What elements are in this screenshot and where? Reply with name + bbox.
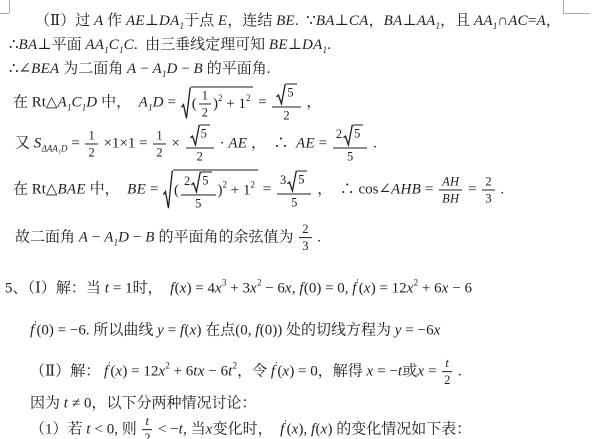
math-variable: A (139, 94, 148, 110)
text-line-3: ∴∠BEA 为二面角 A − A1D − B 的平面角. (9, 60, 271, 80)
square-root: (255)2 + 12 (163, 169, 258, 210)
fraction-numerator: 1 (153, 128, 165, 144)
fraction: 355 (277, 170, 312, 209)
math-variable: A (536, 13, 545, 29)
text-run: 2 (202, 106, 208, 120)
math-variable: x (206, 421, 213, 437)
fraction: 23 (299, 222, 311, 254)
text-run: ) 在点(0, (196, 323, 255, 339)
text-run: 的平面角的余弦值为 (155, 229, 298, 245)
text-run: 1 (202, 88, 208, 102)
text-run: ( (174, 182, 179, 198)
fraction-denominator: 2 (186, 148, 214, 163)
text-run: 或 (402, 363, 417, 379)
math-variable: x (285, 281, 292, 297)
text-run: = (254, 94, 270, 110)
crop-mark-top-left-horizontal (0, 13, 9, 14)
text-line-1: （Ⅱ）过 A 作 AE⊥DA1于点 E，连结 BE. ∵BA⊥CA，BA⊥AA1… (35, 12, 561, 32)
fraction: AHBH (439, 174, 462, 206)
text-run: 作 (103, 13, 126, 29)
text-run: = 1时， (109, 281, 170, 297)
radicand: (12)2 + 12 (191, 86, 254, 120)
text-run: 在 Rt△ (13, 94, 57, 110)
math-variable: DA (302, 37, 323, 53)
text-run: = (146, 181, 162, 197)
text-run: 2 (184, 174, 190, 188)
text-run: 5、（Ⅰ）解：当 (5, 281, 105, 297)
text-run: ，且 (440, 13, 474, 29)
crop-mark-top-right-vertical (563, 0, 564, 13)
document-page: （Ⅱ）过 A 作 AE⊥DA1于点 E，连结 BE. ∵BA⊥CA，BA⊥AA1… (0, 0, 606, 439)
text-line-7: 故二面角 A − A1D − B 的平面角的余弦值为 23 . (15, 222, 321, 254)
text-run: ) = 0，解得 (289, 363, 366, 379)
text-run: 2 (336, 127, 342, 141)
text-run: 2 (144, 432, 150, 439)
text-run: ∴ (9, 37, 19, 53)
text-line-6: 在 Rt△BAE 中， BE = (255)2 + 12 = 355 ， ∴ c… (13, 169, 504, 210)
math-variable: BA (384, 13, 403, 29)
text-run: 5 (347, 149, 353, 163)
text-run: 5 (287, 85, 293, 99)
text-run: ( (192, 95, 197, 111)
math-variable: x (250, 281, 257, 297)
text-run: 中， (97, 94, 138, 110)
fraction-denominator: 3 (299, 239, 311, 254)
text-run: . 由三垂线定理可知 (134, 37, 269, 53)
text-run: + 1 (222, 95, 245, 111)
math-variable: D (118, 229, 129, 245)
math-variable: BA (19, 37, 38, 53)
math-variable: AHB (391, 181, 421, 197)
text-run: ，令 (237, 363, 271, 379)
text-run: + 1 (227, 182, 250, 198)
math-variable: x (434, 323, 441, 339)
text-run: 5 (202, 173, 208, 187)
text-run: 的平面角. (203, 61, 271, 77)
fraction: 12 (85, 128, 97, 160)
text-run: 又 (15, 135, 34, 151)
fraction-numerator: t (142, 414, 152, 430)
fraction-numerator: 5 (272, 83, 300, 107)
text-run: − 6 (449, 281, 472, 297)
text-run: = − (374, 363, 398, 379)
fraction-denominator: 2 (85, 145, 97, 160)
math-variable: BE (269, 37, 288, 53)
text-run: 5 (195, 196, 201, 210)
radical-sign-icon (191, 171, 201, 193)
math-variable: x (180, 281, 187, 297)
radicand: (255)2 + 12 (173, 169, 258, 210)
math-variable: AA (85, 37, 104, 53)
text-run: ), (299, 421, 312, 437)
math-variable: AE (228, 135, 247, 151)
text-run: ⊥ (335, 13, 349, 29)
text-run: 在 Rt△ (13, 181, 57, 197)
text-run: < 0, 则 (91, 421, 141, 437)
math-variable: AA (417, 13, 436, 29)
math-variable: S (34, 135, 42, 151)
text-run: 3 (280, 173, 286, 187)
math-variable: t (145, 414, 149, 428)
math-variable: A (94, 13, 103, 29)
fraction-numerator: 5 (186, 124, 214, 148)
math-variable: A (104, 229, 113, 245)
text-run: 3 (485, 192, 491, 206)
fraction: 52 (186, 124, 214, 163)
text-line-5: 又 SΔAA₁D = 12 ×1×1 = 12 × 52 · AE ， ∴ AE… (15, 124, 377, 163)
text-run: 因为 (30, 396, 64, 412)
square-root: 5 (191, 171, 211, 193)
radicand: 5 (201, 171, 211, 193)
fraction-numerator: 1 (85, 128, 97, 144)
radicand: 5 (297, 170, 307, 192)
math-variable: t (445, 356, 449, 370)
subscript: ΔAA₁D (42, 143, 68, 153)
math-variable: AC (508, 13, 528, 29)
text-run: . (497, 181, 505, 197)
text-line-2: ∴BA⊥平面 AA1C1C. 由三垂线定理可知 BE⊥DA1. (9, 36, 331, 56)
text-run: ) = 12 (371, 281, 407, 297)
text-run: 2 (156, 146, 162, 160)
text-run: < − (154, 421, 178, 437)
square-root: (12)2 + 12 (181, 86, 254, 120)
text-run: = (67, 135, 83, 151)
text-run: 2 (197, 149, 203, 163)
math-variable: B (194, 61, 203, 77)
text-run: − (178, 61, 194, 77)
text-run: = −6 (402, 323, 434, 339)
text-run: + 6 (170, 363, 193, 379)
math-variable: BE (127, 181, 146, 197)
text-line-11: 因为 t ≠ 0，以下分两种情况讨论： (30, 395, 256, 414)
text-run: = (259, 181, 275, 197)
math-variable: tx (193, 363, 204, 379)
text-run: ， ∴ cos∠ (313, 181, 391, 197)
superscript: 2 (246, 92, 251, 102)
fraction-numerator: 35 (277, 170, 312, 194)
fraction: 12 (153, 128, 165, 160)
text-run: ， (546, 13, 561, 29)
text-run: 5 (201, 126, 207, 140)
math-variable: x (292, 421, 299, 437)
fraction-numerator: 2 (299, 222, 311, 238)
fraction-denominator: 5 (333, 148, 368, 163)
text-line-10: （Ⅱ）解： f′(x) = 12x2 + 6tx − 6t2，令 f′(x) =… (30, 356, 462, 388)
text-run: 2 (283, 108, 289, 122)
text-run: ∩ (497, 13, 508, 29)
math-variable: CA (349, 13, 369, 29)
math-variable: D (166, 61, 177, 77)
square-root: 5 (287, 170, 307, 192)
text-run: ×1×1 = (100, 135, 152, 151)
text-run: ⊥平面 (37, 37, 85, 53)
text-run: = (424, 363, 440, 379)
fraction: 255 (181, 171, 216, 210)
radical-sign-icon (163, 169, 173, 210)
fraction-numerator: 25 (333, 124, 368, 148)
math-variable: DA (159, 13, 180, 29)
text-run: ， ∴ (247, 135, 296, 151)
math-variable: BEA (31, 61, 59, 77)
fraction-denominator: 2 (442, 373, 452, 388)
text-run: − (88, 229, 104, 245)
square-root: 5 (276, 83, 296, 105)
text-run: (0) = −6. 所以曲线 (36, 323, 157, 339)
fraction-numerator: AH (439, 174, 462, 190)
text-run: · (216, 135, 229, 151)
math-variable: BE (276, 13, 295, 29)
fraction: 23 (482, 174, 494, 206)
fraction-numerator: 1 (199, 88, 211, 104)
text-run: = (164, 94, 180, 110)
math-variable: x (364, 281, 371, 297)
math-variable: x (407, 281, 414, 297)
text-run: + 6 (418, 281, 441, 297)
radical-sign-icon (287, 170, 297, 192)
text-run: (0)) 处的切线方程为 (260, 323, 395, 339)
math-variable: D (153, 94, 164, 110)
radicand: 5 (286, 83, 296, 105)
text-run: （Ⅱ）过 (35, 13, 94, 29)
fraction-denominator: 2 (272, 107, 300, 122)
text-run: 1 (88, 128, 94, 142)
math-variable: AA (474, 13, 493, 29)
text-line-4: 在 Rt△A1C1D 中， A1D = (12)2 + 12 = 52 ， (13, 83, 321, 122)
fraction-denominator: 2 (142, 431, 152, 439)
text-run: . (314, 229, 322, 245)
text-run: , 当 (183, 421, 206, 437)
text-run: . (454, 363, 462, 379)
fraction-denominator: 5 (181, 195, 216, 210)
fraction: t2 (142, 414, 152, 439)
math-variable: B (145, 229, 154, 245)
math-variable: AE (126, 13, 145, 29)
math-variable: C (71, 94, 81, 110)
text-run: . ∵ (295, 13, 316, 29)
math-variable: x (367, 363, 374, 379)
math-variable: AH (442, 174, 459, 188)
fraction-numerator: 2 (482, 174, 494, 190)
text-run: 1 (156, 128, 162, 142)
text-run: 变化时， (213, 421, 281, 437)
radicand: 5 (353, 124, 363, 146)
superscript: 2 (251, 179, 256, 189)
text-run: ) 的变化情况如下表： (327, 421, 471, 437)
text-run: 5 (291, 195, 297, 209)
text-run: 5 (354, 126, 360, 140)
text-run: = (164, 323, 180, 339)
text-line-8: 5、（Ⅰ）解：当 t = 1时， f(x) = 4x3 + 3x2 − 6x, … (5, 278, 472, 299)
fraction-denominator: 5 (277, 194, 312, 209)
text-run: − (129, 229, 145, 245)
fraction-denominator: 2 (153, 145, 165, 160)
text-run: ≠ 0，以下分两种情况讨论： (68, 396, 256, 412)
math-variable: E (218, 13, 227, 29)
math-variable: x (442, 281, 449, 297)
text-run: ， (369, 13, 384, 29)
crop-mark-top-left-vertical (9, 0, 10, 13)
radical-sign-icon (343, 124, 353, 146)
text-run: （Ⅱ）解： (30, 363, 104, 379)
math-variable: A (127, 61, 136, 77)
text-run: × (168, 135, 184, 151)
math-variable: C (124, 37, 134, 53)
text-run: ⊥ (288, 37, 302, 53)
text-run: + 3 (227, 281, 250, 297)
math-variable: BH (442, 192, 459, 206)
crop-mark-top-right-horizontal (563, 13, 590, 14)
text-line-9: f′(0) = −6. 所以曲线 y = f(x) 在点(0, f(0)) 处的… (30, 320, 441, 341)
square-root: 5 (343, 124, 363, 146)
text-run: 为二面角 (60, 61, 128, 77)
text-run: ⊥ (403, 13, 417, 29)
math-variable: BA (316, 13, 335, 29)
text-run: . (327, 37, 331, 53)
text-run: 3 (302, 240, 308, 254)
math-variable: AE (296, 135, 315, 151)
math-variable: D (86, 94, 97, 110)
text-run: 5 (298, 172, 304, 186)
text-run: ，连结 (227, 13, 276, 29)
text-run: − (137, 61, 153, 77)
square-root: 5 (190, 124, 210, 146)
math-variable: C (109, 37, 119, 53)
radical-sign-icon (276, 83, 286, 105)
fraction-denominator: 2 (199, 105, 211, 120)
fraction-denominator: 3 (482, 191, 494, 206)
radical-sign-icon (190, 124, 200, 146)
text-run: （1）若 (30, 421, 86, 437)
text-run: 故二面角 (15, 229, 79, 245)
text-line-12: （1）若 t < 0, 则 t2 < −t, 当x变化时， f′(x), f(x… (30, 414, 471, 439)
text-run: = (421, 181, 437, 197)
text-run: ， (303, 94, 322, 110)
text-run: . (369, 135, 377, 151)
fraction-numerator: t (442, 356, 452, 372)
text-run: (0) = 0, (304, 281, 352, 297)
text-run: 2 (302, 222, 308, 236)
text-run: − 6 (261, 281, 284, 297)
math-variable: y (395, 323, 402, 339)
text-run: ) = 4 (187, 281, 215, 297)
text-run: ) = 12 (122, 363, 158, 379)
fraction: 12 (199, 88, 211, 120)
text-run: 于点 (184, 13, 218, 29)
math-variable: A (79, 229, 88, 245)
radicand: 5 (200, 124, 210, 146)
text-run: ∴∠ (9, 61, 31, 77)
text-run: 2 (88, 146, 94, 160)
fraction: t2 (442, 356, 452, 388)
fraction: 52 (272, 83, 300, 122)
math-variable: A (152, 61, 161, 77)
text-run: ⊥ (145, 13, 159, 29)
text-run: = (315, 135, 331, 151)
radical-sign-icon (181, 86, 191, 120)
math-variable: x (215, 281, 222, 297)
math-variable: A (57, 94, 66, 110)
text-run: 2 (485, 174, 491, 188)
math-variable: BAE (57, 181, 85, 197)
text-run: 中， (86, 181, 127, 197)
text-run: = (464, 181, 480, 197)
text-run: − 6 (205, 363, 228, 379)
text-run: 2 (444, 374, 450, 388)
fraction-denominator: BH (439, 191, 462, 206)
fraction: 255 (333, 124, 368, 163)
fraction-numerator: 25 (181, 171, 216, 195)
